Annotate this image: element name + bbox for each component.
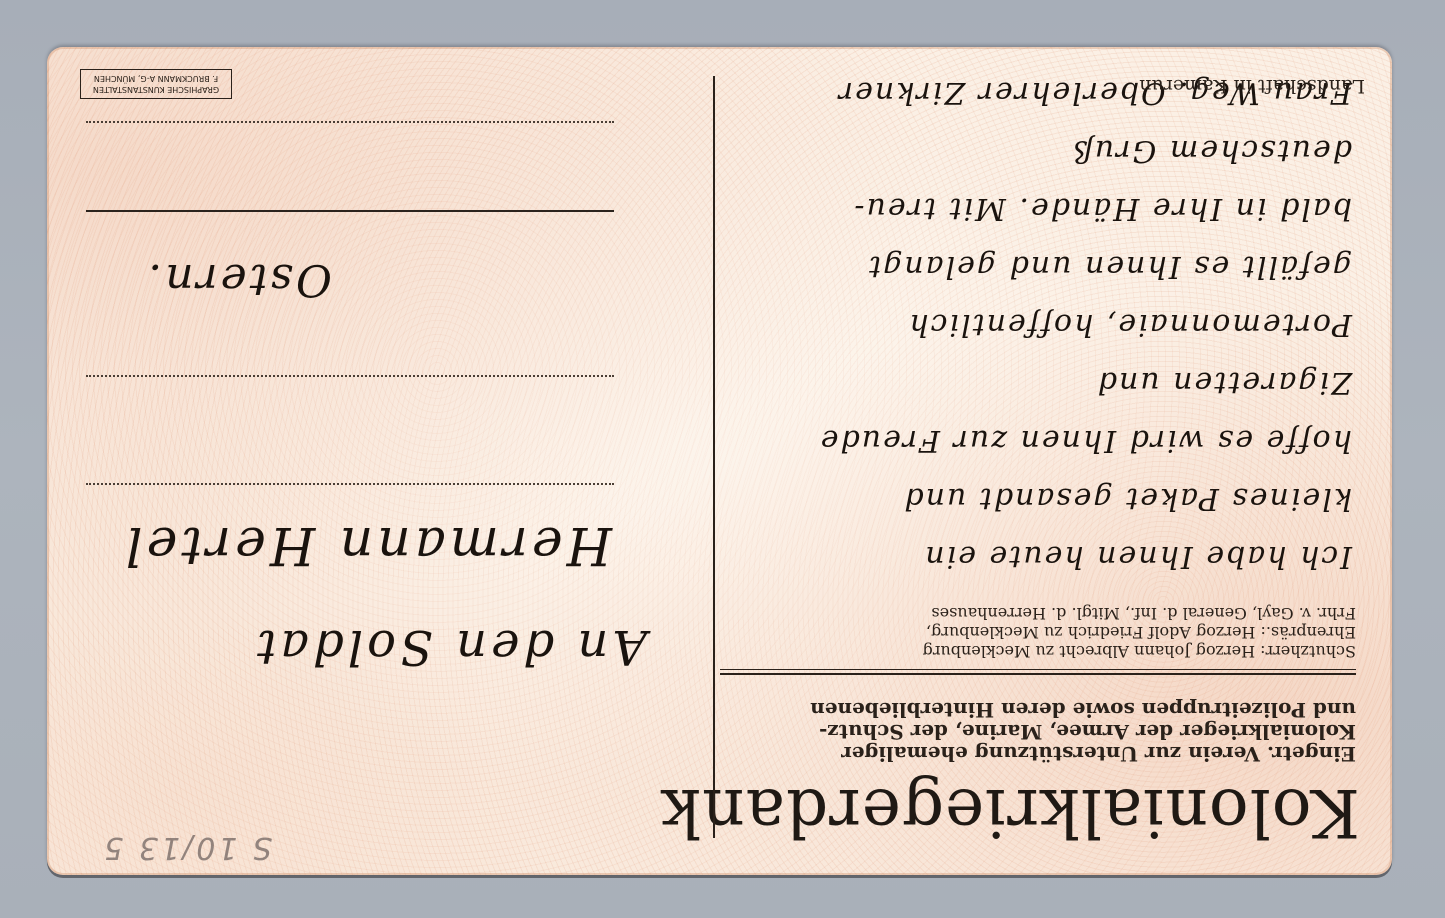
subtitle-line: Eingetr. Verein zur Unterstützung ehemal… <box>726 743 1356 765</box>
message-line: deutschem Gruß <box>722 121 1352 179</box>
association-title: Kolonialkriegerdank <box>720 773 1360 851</box>
handwritten-message: Ich habe Ihnen heute ein kleines Paket g… <box>722 63 1352 585</box>
patron-block: Schutzherr: Herzog Johann Albrecht zu Me… <box>726 604 1356 661</box>
patron-line: Ehrenpräs.: Herzog Adolf Friedrich zu Me… <box>726 623 1356 642</box>
address-line-dotted <box>86 121 614 123</box>
message-line: hoffe es wird Ihnen zur Freude <box>722 411 1352 469</box>
double-rule-bottom <box>720 669 1356 670</box>
postcard-back: Kolonialkriegerdank Eingetr. Verein zur … <box>47 47 1392 875</box>
imprint-line: GRAPHISCHE KUNSTANSTALTEN <box>81 84 231 95</box>
message-line: Zigaretten und <box>722 353 1352 411</box>
message-line: Portemonnaie, hoffentlich <box>722 295 1352 353</box>
association-subtitle: Eingetr. Verein zur Unterstützung ehemal… <box>726 699 1356 765</box>
center-divider <box>713 76 715 838</box>
imprint-line: F. BRUCKMANN A-G, MÜNCHEN <box>81 73 231 84</box>
message-line: bald in Ihre Hände. Mit treu- <box>722 179 1352 237</box>
message-line: kleines Paket gesandt und <box>722 469 1352 527</box>
address-line-dotted <box>86 375 614 377</box>
address-recipient-title: An den Soldat <box>253 619 647 675</box>
address-recipient-name: Hermann Hertel <box>122 515 612 575</box>
address-greeting: Ostern. <box>145 254 332 305</box>
patron-line: Schutzherr: Herzog Johann Albrecht zu Me… <box>726 642 1356 661</box>
subtitle-line: und Polizeitruppen sowie deren Hinterbli… <box>726 699 1356 721</box>
subtitle-line: Kolonialkrieger der Armee, Marine, der S… <box>726 721 1356 743</box>
patron-line: Frhr. v. Gayl, General d. Inf., Mitgl. d… <box>726 604 1356 623</box>
picture-caption: Landschaft in Kamerun <box>1139 75 1365 97</box>
message-line: Ich habe Ihnen heute ein <box>722 527 1352 585</box>
printer-imprint: GRAPHISCHE KUNSTANSTALTEN F. BRUCKMANN A… <box>80 69 232 99</box>
address-line-solid <box>86 210 614 212</box>
pencil-note: S 10/13 5 <box>101 830 272 865</box>
message-line: gefällt es Ihnen und gelangt <box>722 237 1352 295</box>
double-rule-top <box>720 673 1356 675</box>
address-line-dotted <box>86 483 614 485</box>
